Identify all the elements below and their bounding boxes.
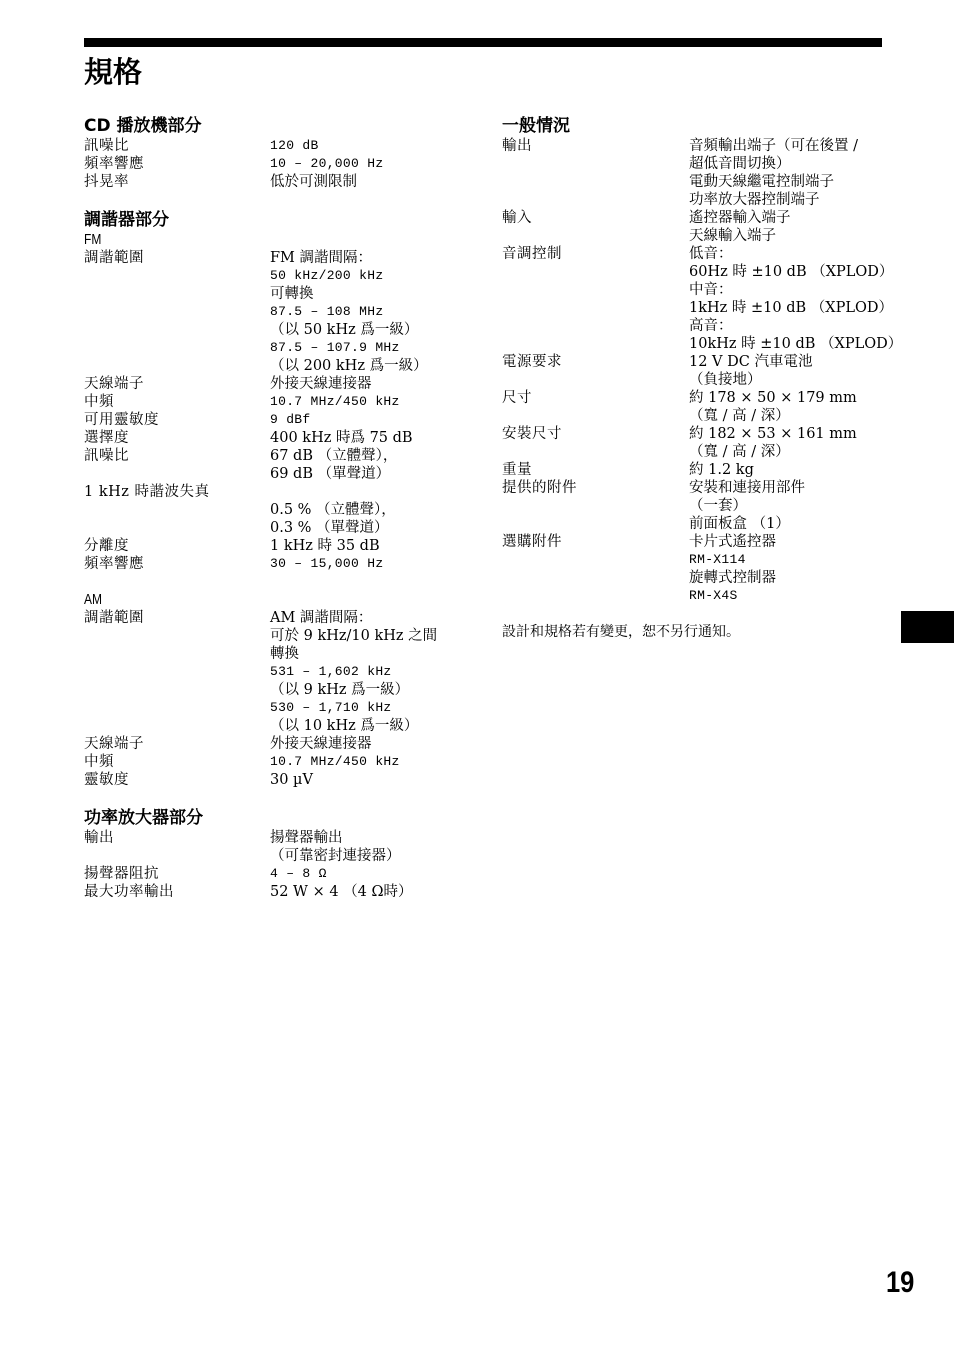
spec-values: 1 kHz 時 35 dB [270,537,484,555]
spec-value: 低於可測限制 [270,173,484,191]
spec-row: 輸出揚聲器輸出（可靠密封連接器） [84,829,484,865]
spec-row: 頻率響應30 – 15,000 Hz [84,555,484,573]
top-rule [84,38,882,47]
spec-value: 9 dBf [270,411,484,429]
spec-value: （寬 / 高 / 深） [689,443,902,461]
spec-values: 低音：60Hz 時 ±10 dB （XPLOD）中音：1kHz 時 ±10 dB… [689,245,902,353]
section-title: 調諧器部分 [84,209,484,231]
spec-label: 選購附件 [502,533,689,605]
page-number: 19 [886,1265,914,1301]
spec-value: FM 調諧間隔： [270,249,484,267]
spec-value: 87.5 – 108 MHz [270,303,484,321]
spec-value: 69 dB （單聲道） [270,465,484,483]
section-general: 一般情況 輸出音頻輸出端子（可在後置 /超低音間切換）電動天線繼電控制端子功率放… [502,115,902,605]
spec-row: 最大功率輸出52 W × 4 （4 Ω時） [84,883,484,901]
spec-value: 音頻輸出端子（可在後置 / [689,137,902,155]
spec-row: 電源要求12 V DC 汽車電池（負接地） [502,353,902,389]
spec-value: 約 1.2 kg [689,461,902,479]
spec-row: 尺寸約 178 × 50 × 179 mm（寬 / 高 / 深） [502,389,902,425]
spec-label: 揚聲器阻抗 [84,865,270,883]
section-title: 功率放大器部分 [84,807,484,829]
spec-label: 重量 [502,461,689,479]
spec-value: 超低音間切換） [689,155,902,173]
spec-value: 60Hz 時 ±10 dB （XPLOD） [689,263,902,281]
spec-values: 4 – 8 Ω [270,865,484,883]
spec-value: 天線輸入端子 [689,227,902,245]
spec-value: RM-X114 [689,551,902,569]
subsection-title-am: AM [84,591,404,609]
spec-label: 尺寸 [502,389,689,425]
spec-values: 10 – 20,000 Hz [270,155,484,173]
spec-label: 訊噪比 [84,447,270,483]
section-title: CD 播放機部分 [84,115,484,137]
spec-value: 揚聲器輸出 [270,829,484,847]
spec-value: 外接天線連接器 [270,735,484,753]
spec-value: （可靠密封連接器） [270,847,484,865]
spec-value: （以 10 kHz 爲一級） [270,717,484,735]
spec-value: RM-X4S [689,587,902,605]
spec-value: 120 dB [270,137,484,155]
spec-row: 靈敏度30 µV [84,771,484,789]
spec-row: 選擇度400 kHz 時爲 75 dB [84,429,484,447]
spec-value: 安裝和連接用部件 [689,479,902,497]
spec-value: 67 dB （立體聲）， [270,447,484,465]
spec-values: 120 dB [270,137,484,155]
spec-label: 訊噪比 [84,137,270,155]
spec-values: 外接天線連接器 [270,735,484,753]
spec-values: 10.7 MHz/450 kHz [270,753,484,771]
spec-label: 輸出 [502,137,689,209]
spec-value: 中音： [689,281,902,299]
spec-value: 10kHz 時 ±10 dB （XPLOD） [689,335,902,353]
spec-value: 高音： [689,317,902,335]
spec-values: 約 1.2 kg [689,461,902,479]
spec-label [84,501,270,537]
spec-row: 1 kHz 時諧波失真 [84,483,484,501]
section-power-amplifier: 功率放大器部分 輸出揚聲器輸出（可靠密封連接器）揚聲器阻抗4 – 8 Ω最大功率… [84,807,484,901]
spec-value: 1 kHz 時 35 dB [270,537,484,555]
spec-values: 外接天線連接器 [270,375,484,393]
spec-row: 0.5 % （立體聲），0.3 % （單聲道） [84,501,484,537]
spec-row: 揚聲器阻抗4 – 8 Ω [84,865,484,883]
spec-value: 52 W × 4 （4 Ω時） [270,883,484,901]
spec-value: （寬 / 高 / 深） [689,407,902,425]
spec-row: 可用靈敏度9 dBf [84,411,484,429]
spec-values: 約 182 × 53 × 161 mm（寬 / 高 / 深） [689,425,902,461]
spec-value: 400 kHz 時爲 75 dB [270,429,484,447]
spec-value: 87.5 – 107.9 MHz [270,339,484,357]
spec-label: 最大功率輸出 [84,883,270,901]
spec-values: 10.7 MHz/450 kHz [270,393,484,411]
spec-label: 選擇度 [84,429,270,447]
spec-label: 1 kHz 時諧波失真 [84,483,270,501]
spec-value: 旋轉式控制器 [689,569,902,587]
spec-label: 頻率響應 [84,155,270,173]
spec-row: 重量約 1.2 kg [502,461,902,479]
spec-label: 分離度 [84,537,270,555]
spec-values: 約 178 × 50 × 179 mm（寬 / 高 / 深） [689,389,902,425]
spec-value: 可於 9 kHz/10 kHz 之間 [270,627,484,645]
spec-values: 12 V DC 汽車電池（負接地） [689,353,902,389]
spec-value: 30 – 15,000 Hz [270,555,484,573]
spec-value: 10 – 20,000 Hz [270,155,484,173]
spec-values: 低於可測限制 [270,173,484,191]
spec-value: （以 200 kHz 爲一級） [270,357,484,375]
spec-value: 10.7 MHz/450 kHz [270,753,484,771]
spec-value: 10.7 MHz/450 kHz [270,393,484,411]
spec-values: 音頻輸出端子（可在後置 /超低音間切換）電動天線繼電控制端子功率放大器控制端子 [689,137,902,209]
spec-values: 30 – 15,000 Hz [270,555,484,573]
spec-value: （以 50 kHz 爲一級） [270,321,484,339]
section-tuner: 調諧器部分 FM 調諧範圍FM 調諧間隔：50 kHz/200 kHz可轉換87… [84,209,484,789]
spec-row: 分離度1 kHz 時 35 dB [84,537,484,555]
spec-value: 約 178 × 50 × 179 mm [689,389,902,407]
spec-label: 輸入 [502,209,689,245]
spec-label: 天線端子 [84,375,270,393]
subsection-title-fm: FM [84,231,404,249]
spec-label: 可用靈敏度 [84,411,270,429]
spec-label: 中頻 [84,393,270,411]
spec-label: 天線端子 [84,735,270,753]
spec-label: 調諧範圍 [84,609,270,735]
spec-values: 卡片式遙控器RM-X114旋轉式控制器RM-X4S [689,533,902,605]
spec-label: 中頻 [84,753,270,771]
spec-value: 外接天線連接器 [270,375,484,393]
spec-label: 音調控制 [502,245,689,353]
spec-label: 輸出 [84,829,270,865]
spec-label: 安裝尺寸 [502,425,689,461]
spec-values: AM 調諧間隔：可於 9 kHz/10 kHz 之間轉換531 – 1,602 … [270,609,484,735]
spec-value: 遙控器輸入端子 [689,209,902,227]
spec-row: 訊噪比67 dB （立體聲），69 dB （單聲道） [84,447,484,483]
right-column: 一般情況 輸出音頻輸出端子（可在後置 /超低音間切換）電動天線繼電控制端子功率放… [502,115,902,641]
spec-value: 531 – 1,602 kHz [270,663,484,681]
side-index-tab [901,611,954,643]
spec-values: 400 kHz 時爲 75 dB [270,429,484,447]
spec-row: 音調控制低音：60Hz 時 ±10 dB （XPLOD）中音：1kHz 時 ±1… [502,245,902,353]
spec-value: 電動天線繼電控制端子 [689,173,902,191]
spec-value: 530 – 1,710 kHz [270,699,484,717]
left-column: CD 播放機部分 訊噪比120 dB頻率響應10 – 20,000 Hz抖晃率低… [84,115,484,919]
spec-values: 30 µV [270,771,484,789]
spec-value: 0.5 % （立體聲）， [270,501,484,519]
spec-values: FM 調諧間隔：50 kHz/200 kHz可轉換87.5 – 108 MHz（… [270,249,484,375]
spec-values: 遙控器輸入端子天線輸入端子 [689,209,902,245]
spec-row: 訊噪比120 dB [84,137,484,155]
spec-row: 天線端子外接天線連接器 [84,735,484,753]
spec-row: 輸出音頻輸出端子（可在後置 /超低音間切換）電動天線繼電控制端子功率放大器控制端… [502,137,902,209]
spec-row: 天線端子外接天線連接器 [84,375,484,393]
spec-values: 9 dBf [270,411,484,429]
spec-row: 安裝尺寸約 182 × 53 × 161 mm（寬 / 高 / 深） [502,425,902,461]
spec-value: 1kHz 時 ±10 dB （XPLOD） [689,299,902,317]
change-notice: 設計和規格若有變更，恕不另行通知。 [502,623,902,641]
section-title: 一般情況 [502,115,902,137]
spec-value: 前面板盒 （1） [689,515,902,533]
spec-value: 0.3 % （單聲道） [270,519,484,537]
spec-label: 調諧範圍 [84,249,270,375]
spec-values: 揚聲器輸出（可靠密封連接器） [270,829,484,865]
spec-row: 頻率響應10 – 20,000 Hz [84,155,484,173]
spec-row: 中頻10.7 MHz/450 kHz [84,393,484,411]
spec-values: 安裝和連接用部件（一套）前面板盒 （1） [689,479,902,533]
spec-value: 轉換 [270,645,484,663]
spec-label: 提供的附件 [502,479,689,533]
spec-row: 選購附件卡片式遙控器RM-X114旋轉式控制器RM-X4S [502,533,902,605]
spec-value: 約 182 × 53 × 161 mm [689,425,902,443]
spec-row: 調諧範圍AM 調諧間隔：可於 9 kHz/10 kHz 之間轉換531 – 1,… [84,609,484,735]
spec-values: 52 W × 4 （4 Ω時） [270,883,484,901]
page-title: 規格 [84,52,142,92]
spec-values [270,483,484,501]
spec-label: 電源要求 [502,353,689,389]
spec-row: 輸入遙控器輸入端子天線輸入端子 [502,209,902,245]
spec-row: 中頻10.7 MHz/450 kHz [84,753,484,771]
spec-value: 可轉換 [270,285,484,303]
spec-value: 30 µV [270,771,484,789]
spec-row: 提供的附件安裝和連接用部件（一套）前面板盒 （1） [502,479,902,533]
spec-value: （負接地） [689,371,902,389]
spec-value: （一套） [689,497,902,515]
spec-row: 調諧範圍FM 調諧間隔：50 kHz/200 kHz可轉換87.5 – 108 … [84,249,484,375]
spec-value: 低音： [689,245,902,263]
spec-label: 抖晃率 [84,173,270,191]
spec-value: （以 9 kHz 爲一級） [270,681,484,699]
section-cd-player: CD 播放機部分 訊噪比120 dB頻率響應10 – 20,000 Hz抖晃率低… [84,115,484,191]
spec-label: 靈敏度 [84,771,270,789]
spec-value: 4 – 8 Ω [270,865,484,883]
spec-label: 頻率響應 [84,555,270,573]
spec-values: 0.5 % （立體聲），0.3 % （單聲道） [270,501,484,537]
spec-value: 12 V DC 汽車電池 [689,353,902,371]
spec-values: 67 dB （立體聲），69 dB （單聲道） [270,447,484,483]
spec-row: 抖晃率低於可測限制 [84,173,484,191]
spec-value: 50 kHz/200 kHz [270,267,484,285]
spec-value: 功率放大器控制端子 [689,191,902,209]
spec-value: 卡片式遙控器 [689,533,902,551]
spec-value: AM 調諧間隔： [270,609,484,627]
